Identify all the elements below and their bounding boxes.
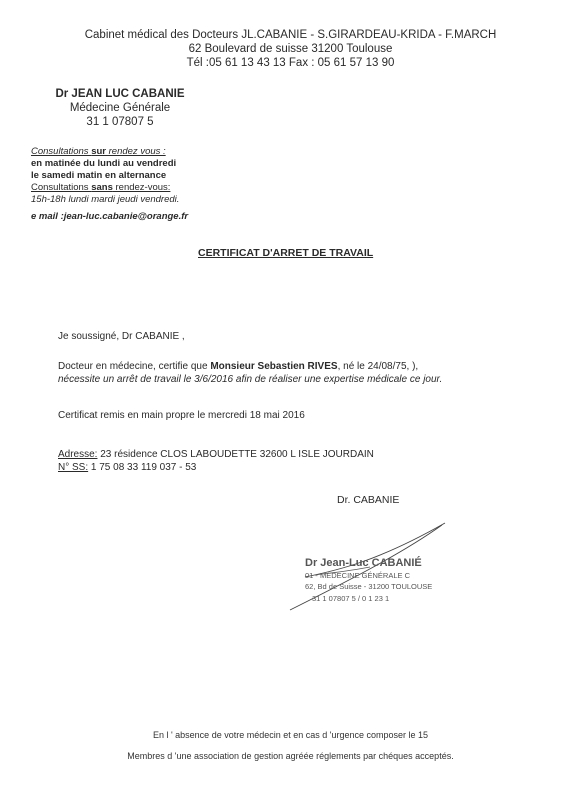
- signature-name: Dr. CABANIE: [337, 494, 399, 507]
- doctor-name: Dr JEAN LUC CABANIE: [20, 87, 220, 101]
- footer-emergency: En l ' absence de votre médecin et en ca…: [0, 730, 581, 740]
- rdv-line-2: le samedi matin en alternance: [31, 170, 166, 183]
- cabinet-address: 62 Boulevard de suisse 31200 Toulouse: [0, 42, 581, 56]
- cabinet-line: Cabinet médical des Docteurs JL.CABANIE …: [0, 28, 581, 42]
- sans-hours: 15h-18h lundi mardi jeudi vendredi.: [31, 194, 179, 207]
- stamp-line-1: 01 - MÉDECINE GÉNÉRALE C: [305, 571, 410, 580]
- ss-label: N° SS:: [58, 462, 88, 473]
- ss-line: N° SS: 1 75 08 33 119 037 - 53: [58, 461, 196, 474]
- certify-prefix: Docteur en médecine, certifie que: [58, 361, 210, 372]
- address-value: 23 résidence CLOS LABOUDETTE 32600 L ISL…: [97, 449, 373, 460]
- footer-association: Membres d 'une association de gestion ag…: [0, 751, 581, 761]
- address-label: Adresse:: [58, 449, 97, 460]
- doctor-id: 31 1 07807 5: [20, 115, 220, 129]
- certify-suffix: , né le 24/08/75, ),: [338, 361, 419, 372]
- rdv-prefix: Consultations: [31, 146, 91, 157]
- rdv-suffix: rendez vous :: [106, 146, 166, 157]
- sans-prefix: Consultations: [31, 182, 91, 193]
- sans-suffix: rendez-vous:: [113, 182, 171, 193]
- rdv-keyword: sur: [91, 146, 106, 157]
- stamp-name: Dr Jean-Luc CABANIÉ: [305, 557, 422, 569]
- necessity-line: nécessite un arrêt de travail le 3/6/201…: [58, 373, 442, 386]
- document-title: CERTIFICAT D'ARRET DE TRAVAIL: [198, 247, 373, 259]
- patient-name: Monsieur Sebastien RIVES: [210, 361, 337, 372]
- stamp-line-3: 31 1 07807 5 / 0 1 23 1: [312, 594, 389, 603]
- cabinet-phone: Tél :05 61 13 43 13 Fax : 05 61 57 13 90: [0, 56, 581, 70]
- sans-keyword: sans: [91, 182, 113, 193]
- address-line: Adresse: 23 résidence CLOS LABOUDETTE 32…: [58, 448, 374, 461]
- doctor-specialty: Médecine Générale: [20, 101, 220, 115]
- intro-line: Je soussigné, Dr CABANIE ,: [58, 330, 185, 343]
- consultations-sans-heading: Consultations sans rendez-vous:: [31, 182, 170, 195]
- stamp-line-2: 62, Bd de Suisse - 31200 TOULOUSE: [305, 582, 432, 591]
- rdv-line-1: en matinée du lundi au vendredi: [31, 158, 176, 171]
- ss-value: 1 75 08 33 119 037 - 53: [88, 462, 196, 473]
- certify-line: Docteur en médecine, certifie que Monsie…: [58, 360, 418, 373]
- handed-line: Certificat remis en main propre le mercr…: [58, 409, 305, 422]
- consultations-rdv-heading: Consultations sur rendez vous :: [31, 146, 166, 159]
- doctor-email: e mail :jean-luc.cabanie@orange.fr: [31, 211, 188, 224]
